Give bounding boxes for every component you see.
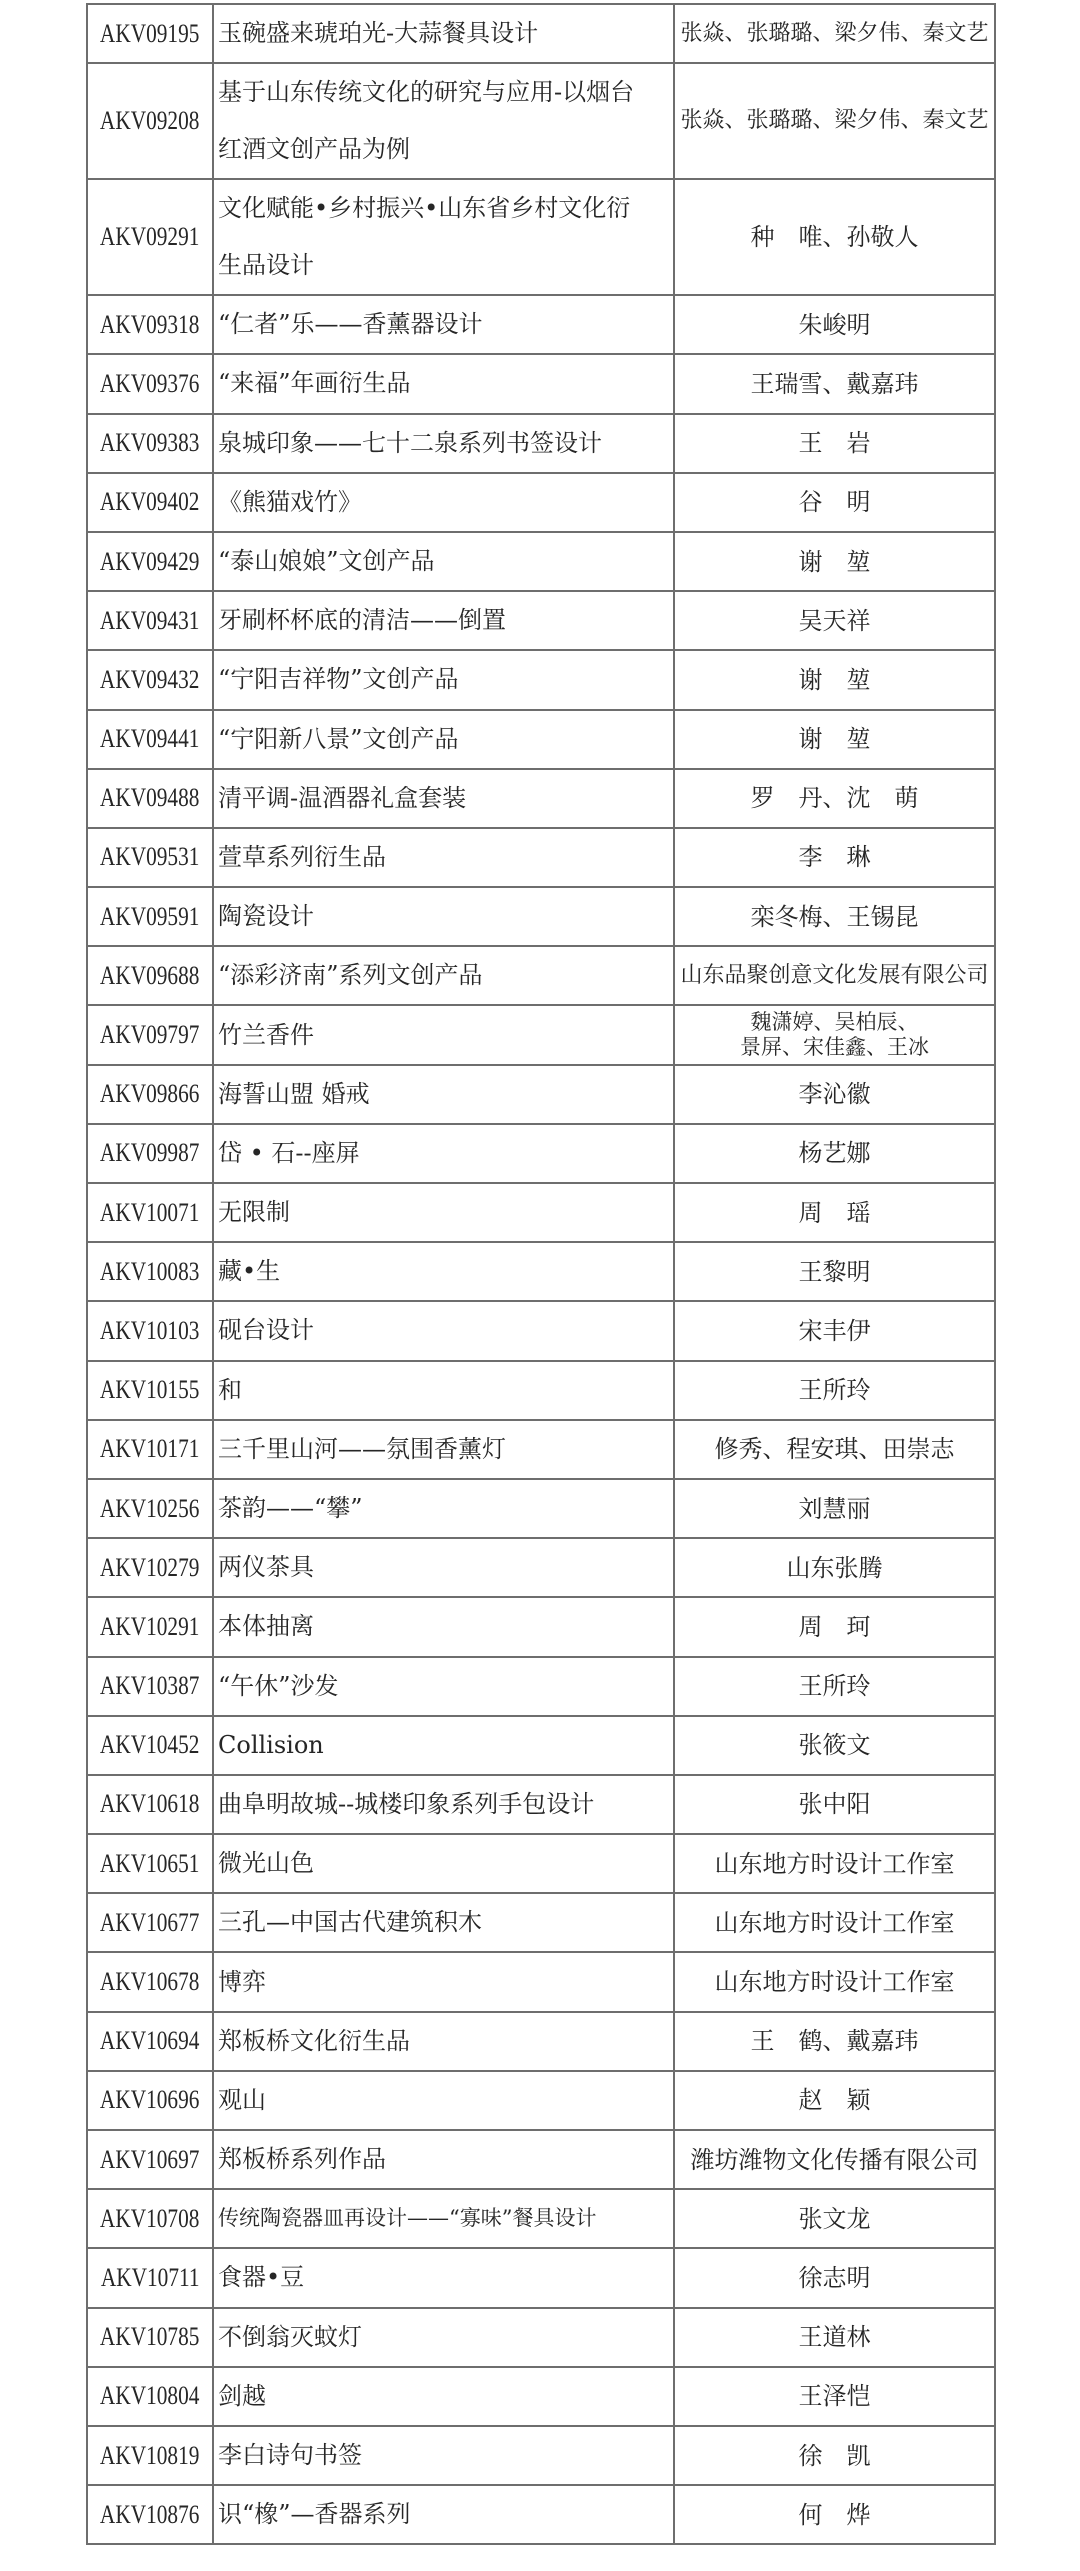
work-title: 传统陶瓷器皿再设计——“寡味”餐具设计 [213,2189,674,2248]
work-id: AKV09431 [87,591,213,650]
table-row: AKV10694 郑板桥文化衍生品 王 鹤、戴嘉玮 [87,2012,995,2071]
table-row: AKV10171 三千里山河——氛围香薰灯 修秀、程安琪、田崇志 [87,1420,995,1479]
table-row: AKV10103 砚台设计 宋丰伊 [87,1301,995,1360]
work-id: AKV10697 [87,2130,213,2189]
work-title: 郑板桥系列作品 [213,2130,674,2189]
work-title: Collision [213,1716,674,1775]
work-title: 藏•生 [213,1242,674,1301]
work-id: AKV10785 [87,2308,213,2367]
work-id: AKV09866 [87,1065,213,1124]
table-row: AKV10651 微光山色 山东地方时设计工作室 [87,1834,995,1893]
work-title: “来福”年画衍生品 [213,354,674,413]
table-row: AKV09429 “泰山娘娘”文创产品 谢 堃 [87,532,995,591]
work-authors: 刘慧丽 [674,1479,995,1538]
work-id: AKV10171 [87,1420,213,1479]
table-row: AKV10804 剑越 王泽恺 [87,2367,995,2426]
work-authors: 徐志明 [674,2248,995,2307]
work-title: 海誓山盟 婚戒 [213,1065,674,1124]
work-id: AKV10876 [87,2485,213,2544]
table-row: AKV09376 “来福”年画衍生品 王瑞雪、戴嘉玮 [87,354,995,413]
work-title: 萱草系列衍生品 [213,828,674,887]
table-row: AKV09441 “宁阳新八景”文创产品 谢 堃 [87,710,995,769]
work-authors: 周 瑶 [674,1183,995,1242]
work-authors: 山东地方时设计工作室 [674,1952,995,2011]
work-id: AKV10618 [87,1775,213,1834]
work-title: 《熊猫戏竹》 [213,473,674,532]
table-row: AKV10697 郑板桥系列作品 潍坊潍物文化传播有限公司 [87,2130,995,2189]
work-id: AKV10804 [87,2367,213,2426]
work-id: AKV09432 [87,650,213,709]
work-authors: 王 岩 [674,414,995,473]
table-row: AKV09866 海誓山盟 婚戒 李沁徽 [87,1065,995,1124]
work-id: AKV10711 [87,2248,213,2307]
table-row: AKV09432 “宁阳吉祥物”文创产品 谢 堃 [87,650,995,709]
work-title: “午休”沙发 [213,1657,674,1716]
work-id: AKV09441 [87,710,213,769]
work-id: AKV09291 [87,179,213,295]
table-row: AKV10291 本体抽离 周 珂 [87,1597,995,1656]
work-id: AKV10696 [87,2071,213,2130]
table-row: AKV10618 曲阜明故城--城楼印象系列手包设计 张中阳 [87,1775,995,1834]
work-title: 清平调-温酒器礼盒套装 [213,769,674,828]
work-authors: 谢 堃 [674,710,995,769]
work-title: 砚台设计 [213,1301,674,1360]
table-row: AKV10452 Collision 张筱文 [87,1716,995,1775]
work-title: 识“橡”—香器系列 [213,2485,674,2544]
works-table: AKV09195 玉碗盛来琥珀光-大蒜餐具设计 张焱、张璐璐、梁夕伟、秦文艺 A… [86,3,996,2545]
work-id: AKV09797 [87,1005,213,1064]
work-id: AKV10708 [87,2189,213,2248]
work-title: 泉城印象——七十二泉系列书签设计 [213,414,674,473]
work-authors: 山东品聚创意文化发展有限公司 [674,946,995,1005]
work-authors: 谢 堃 [674,650,995,709]
work-authors: 王瑞雪、戴嘉玮 [674,354,995,413]
work-authors: 王黎明 [674,1242,995,1301]
table-row: AKV09208 基于山东传统文化的研究与应用-以烟台 红酒文创产品为例 张焱、… [87,63,995,179]
table-row: AKV09987 岱 • 石--座屏 杨艺娜 [87,1124,995,1183]
work-id: AKV09376 [87,354,213,413]
work-id: AKV09195 [87,4,213,63]
table-row: AKV10083 藏•生 王黎明 [87,1242,995,1301]
work-id: AKV09688 [87,946,213,1005]
work-title: 文化赋能•乡村振兴•山东省乡村文化衍 生品设计 [213,179,674,295]
work-title: “仁者”乐——香薰器设计 [213,295,674,354]
work-id: AKV10083 [87,1242,213,1301]
work-authors: 山东地方时设计工作室 [674,1834,995,1893]
work-title: 本体抽离 [213,1597,674,1656]
work-title: “宁阳吉祥物”文创产品 [213,650,674,709]
work-title: 微光山色 [213,1834,674,1893]
work-title: 不倒翁灭蚊灯 [213,2308,674,2367]
work-id: AKV10452 [87,1716,213,1775]
work-title: 茶韵——“攀” [213,1479,674,1538]
work-id: AKV09987 [87,1124,213,1183]
work-id: AKV10819 [87,2426,213,2485]
work-authors: 张筱文 [674,1716,995,1775]
table-row: AKV09531 萱草系列衍生品 李 琳 [87,828,995,887]
work-id: AKV09531 [87,828,213,887]
work-title: 岱 • 石--座屏 [213,1124,674,1183]
table-row: AKV09291 文化赋能•乡村振兴•山东省乡村文化衍 生品设计 种 唯、孙敬人 [87,179,995,295]
work-id: AKV09488 [87,769,213,828]
table-row: AKV10696 观山 赵 颖 [87,2071,995,2130]
work-authors: 李沁徽 [674,1065,995,1124]
work-id: AKV10678 [87,1952,213,2011]
work-title: 食器•豆 [213,2248,674,2307]
work-authors: 张焱、张璐璐、梁夕伟、秦文艺 [674,4,995,63]
work-id: AKV10677 [87,1893,213,1952]
table-row: AKV09688 “添彩济南”系列文创产品 山东品聚创意文化发展有限公司 [87,946,995,1005]
work-title: 牙刷杯杯底的清洁——倒置 [213,591,674,650]
table-row: AKV09402 《熊猫戏竹》 谷 明 [87,473,995,532]
work-authors: 山东地方时设计工作室 [674,1893,995,1952]
work-authors: 栾冬梅、王锡昆 [674,887,995,946]
table-row: AKV10155 和 王所玲 [87,1361,995,1420]
work-title: 两仪茶具 [213,1538,674,1597]
work-authors: 徐 凯 [674,2426,995,2485]
table-row: AKV10785 不倒翁灭蚊灯 王道林 [87,2308,995,2367]
work-title: “宁阳新八景”文创产品 [213,710,674,769]
work-authors: 赵 颖 [674,2071,995,2130]
work-id: AKV10256 [87,1479,213,1538]
work-title: 无限制 [213,1183,674,1242]
work-title: 和 [213,1361,674,1420]
table-row: AKV09591 陶瓷设计 栾冬梅、王锡昆 [87,887,995,946]
work-authors: 王泽恺 [674,2367,995,2426]
work-authors: 宋丰伊 [674,1301,995,1360]
work-authors: 王所玲 [674,1657,995,1716]
work-authors: 杨艺娜 [674,1124,995,1183]
work-id: AKV10071 [87,1183,213,1242]
work-id: AKV10291 [87,1597,213,1656]
work-authors: 周 珂 [674,1597,995,1656]
work-id: AKV10155 [87,1361,213,1420]
work-title: 三孔—中国古代建筑积木 [213,1893,674,1952]
table-row: AKV09797 竹兰香件 魏潇婷、吴柏辰、 景屏、宋佳鑫、王冰 [87,1005,995,1064]
work-authors: 吴天祥 [674,591,995,650]
work-id: AKV09383 [87,414,213,473]
table-row: AKV10071 无限制 周 瑶 [87,1183,995,1242]
table-row: AKV10678 博弈 山东地方时设计工作室 [87,1952,995,2011]
work-id: AKV10387 [87,1657,213,1716]
work-title: 竹兰香件 [213,1005,674,1064]
work-id: AKV10651 [87,1834,213,1893]
work-title: 剑越 [213,2367,674,2426]
work-authors: 魏潇婷、吴柏辰、 景屏、宋佳鑫、王冰 [674,1005,995,1064]
work-authors: 王 鹤、戴嘉玮 [674,2012,995,2071]
work-title: 玉碗盛来琥珀光-大蒜餐具设计 [213,4,674,63]
work-authors: 李 琳 [674,828,995,887]
work-id: AKV09208 [87,63,213,179]
table-row: AKV10876 识“橡”—香器系列 何 烨 [87,2485,995,2544]
work-title: 陶瓷设计 [213,887,674,946]
work-title: 博弈 [213,1952,674,2011]
work-authors: 山东张腾 [674,1538,995,1597]
table-row: AKV10819 李白诗句书签 徐 凯 [87,2426,995,2485]
table-row: AKV10387 “午休”沙发 王所玲 [87,1657,995,1716]
work-authors: 罗 丹、沈 萌 [674,769,995,828]
work-title: 三千里山河——氛围香薰灯 [213,1420,674,1479]
work-authors: 朱峻明 [674,295,995,354]
table-row: AKV10711 食器•豆 徐志明 [87,2248,995,2307]
work-title: 曲阜明故城--城楼印象系列手包设计 [213,1775,674,1834]
table-row: AKV09431 牙刷杯杯底的清洁——倒置 吴天祥 [87,591,995,650]
work-authors: 王所玲 [674,1361,995,1420]
work-id: AKV09318 [87,295,213,354]
work-authors: 谷 明 [674,473,995,532]
work-id: AKV09591 [87,887,213,946]
work-authors: 王道林 [674,2308,995,2367]
work-title: 基于山东传统文化的研究与应用-以烟台 红酒文创产品为例 [213,63,674,179]
table-row: AKV09488 清平调-温酒器礼盒套装 罗 丹、沈 萌 [87,769,995,828]
work-authors: 何 烨 [674,2485,995,2544]
work-title: 李白诗句书签 [213,2426,674,2485]
table-row: AKV10256 茶韵——“攀” 刘慧丽 [87,1479,995,1538]
table-row: AKV09195 玉碗盛来琥珀光-大蒜餐具设计 张焱、张璐璐、梁夕伟、秦文艺 [87,4,995,63]
work-authors: 种 唯、孙敬人 [674,179,995,295]
work-authors: 张中阳 [674,1775,995,1834]
work-authors: 谢 堃 [674,532,995,591]
work-authors: 张焱、张璐璐、梁夕伟、秦文艺 [674,63,995,179]
work-title: “泰山娘娘”文创产品 [213,532,674,591]
table-row: AKV09383 泉城印象——七十二泉系列书签设计 王 岩 [87,414,995,473]
work-authors: 潍坊潍物文化传播有限公司 [674,2130,995,2189]
work-id: AKV10279 [87,1538,213,1597]
table-row: AKV09318 “仁者”乐——香薰器设计 朱峻明 [87,295,995,354]
work-title: 郑板桥文化衍生品 [213,2012,674,2071]
work-title: 观山 [213,2071,674,2130]
work-id: AKV09402 [87,473,213,532]
work-id: AKV10103 [87,1301,213,1360]
table-row: AKV10708 传统陶瓷器皿再设计——“寡味”餐具设计 张文龙 [87,2189,995,2248]
work-id: AKV10694 [87,2012,213,2071]
work-id: AKV09429 [87,532,213,591]
table-row: AKV10279 两仪茶具 山东张腾 [87,1538,995,1597]
work-authors: 修秀、程安琪、田崇志 [674,1420,995,1479]
work-title: “添彩济南”系列文创产品 [213,946,674,1005]
work-authors: 张文龙 [674,2189,995,2248]
table-row: AKV10677 三孔—中国古代建筑积木 山东地方时设计工作室 [87,1893,995,1952]
